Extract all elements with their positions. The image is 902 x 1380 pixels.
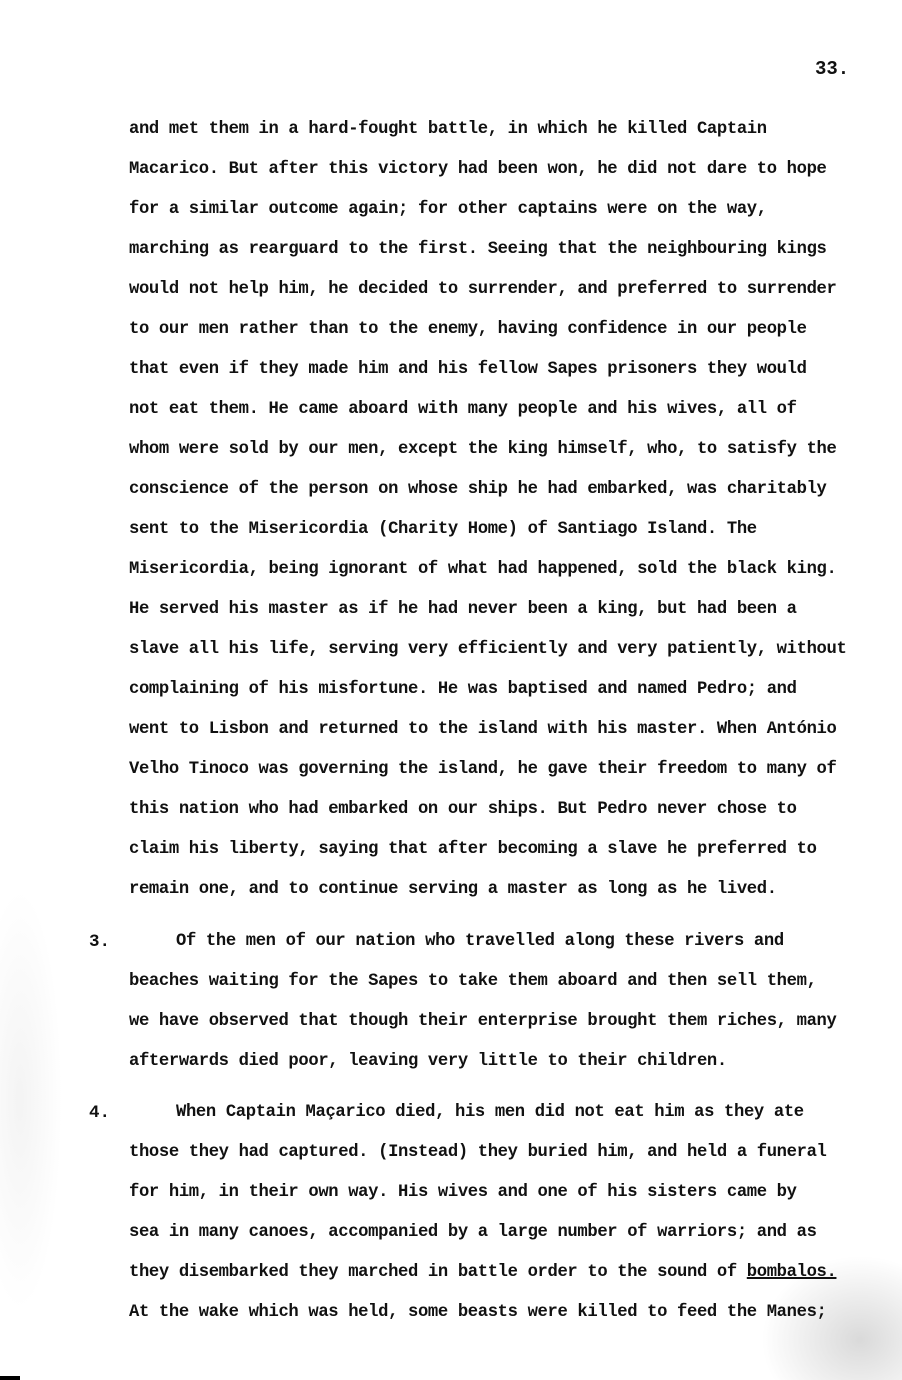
text-line: conscience of the person on whose ship h… bbox=[129, 479, 827, 501]
text-line: this nation who had embarked on our ship… bbox=[129, 799, 797, 821]
text-line: Misericordia, being ignorant of what had… bbox=[129, 559, 836, 581]
text-line: that even if they made him and his fello… bbox=[129, 359, 807, 381]
text-line: slave all his life, serving very efficie… bbox=[129, 639, 846, 661]
text-line: marching as rearguard to the first. Seei… bbox=[129, 239, 827, 261]
underlined-term: bombalos. bbox=[747, 1263, 837, 1282]
text-line: for him, in their own way. His wives and… bbox=[129, 1182, 797, 1204]
text-line: sent to the Misericordia (Charity Home) … bbox=[129, 519, 757, 541]
text-segment: they disembarked they marched in battle … bbox=[129, 1263, 747, 1282]
page-number: 33. bbox=[815, 58, 849, 80]
text-line: and met them in a hard-fought battle, in… bbox=[129, 119, 767, 141]
text-line: for a similar outcome again; for other c… bbox=[129, 199, 767, 221]
text-line: not eat them. He came aboard with many p… bbox=[129, 399, 797, 421]
text-line: sea in many canoes, accompanied by a lar… bbox=[129, 1222, 817, 1244]
text-line: beaches waiting for the Sapes to take th… bbox=[129, 971, 817, 993]
text-line: complaining of his misfortune. He was ba… bbox=[129, 679, 797, 701]
text-line: would not help him, he decided to surren… bbox=[129, 279, 836, 301]
section-number: 4. bbox=[89, 1102, 110, 1124]
text-line: Macarico. But after this victory had bee… bbox=[129, 159, 827, 181]
text-line: to our men rather than to the enemy, hav… bbox=[129, 319, 807, 341]
text-line: He served his master as if he had never … bbox=[129, 599, 797, 621]
text-line: At the wake which was held, some beasts … bbox=[129, 1302, 827, 1324]
text-line: whom were sold by our men, except the ki… bbox=[129, 439, 836, 461]
text-line: Of the men of our nation who travelled a… bbox=[176, 931, 784, 953]
text-line: Velho Tinoco was governing the island, h… bbox=[129, 759, 836, 781]
text-line: claim his liberty, saying that after bec… bbox=[129, 839, 817, 861]
text-line: afterwards died poor, leaving very littl… bbox=[129, 1051, 727, 1073]
text-line: When Captain Maçarico died, his men did … bbox=[176, 1102, 804, 1124]
text-line: we have observed that though their enter… bbox=[129, 1011, 836, 1033]
document-page: 33. and met them in a hard-fought battle… bbox=[0, 0, 902, 1380]
section-number: 3. bbox=[89, 931, 110, 953]
scan-edge-mark bbox=[0, 1376, 20, 1380]
text-line: they disembarked they marched in battle … bbox=[129, 1262, 836, 1284]
text-line: those they had captured. (Instead) they … bbox=[129, 1142, 827, 1164]
text-line: went to Lisbon and returned to the islan… bbox=[129, 719, 836, 741]
text-line: remain one, and to continue serving a ma… bbox=[129, 879, 777, 901]
